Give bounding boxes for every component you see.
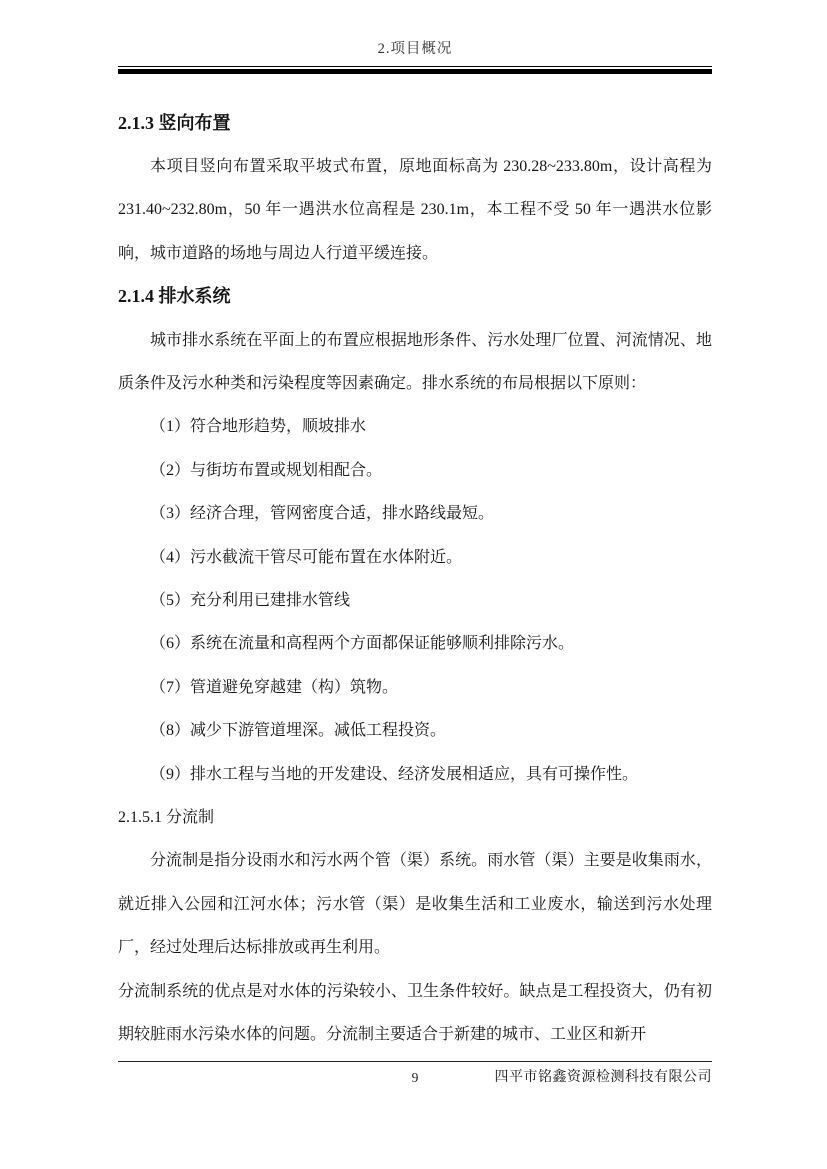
list-item: （5）充分利用已建排水管线 (118, 579, 712, 622)
footer-row: 9 四平市铭鑫资源检测科技有限公司 (118, 1067, 712, 1089)
list-item: （4）污水截流干管尽可能布置在水体附近。 (118, 536, 712, 579)
page-header: 2.项目概况 (118, 40, 712, 74)
header-rule-thick (118, 69, 712, 74)
header-rule-thin (118, 66, 712, 67)
section-heading: 2.1.4 排水系统 (118, 275, 712, 318)
page-footer: 9 四平市铭鑫资源检测科技有限公司 (118, 1061, 712, 1089)
section-heading: 2.1.3 竖向布置 (118, 102, 712, 145)
list-item: （6）系统在流量和高程两个方面都保证能够顺利排除污水。 (118, 622, 712, 665)
list-item: （9）排水工程与当地的开发建设、经济发展相适应，具有可操作性。 (118, 753, 712, 796)
document-body: 2.1.3 竖向布置本项目竖向布置采取平坡式布置，原地面标高为 230.28~2… (118, 102, 712, 1057)
body-paragraph: 城市排水系统在平面上的布置应根据地形条件、污水处理厂位置、河流情况、地质条件及污… (118, 319, 712, 406)
footer-company-name: 四平市铭鑫资源检测科技有限公司 (495, 1067, 713, 1089)
body-paragraph: 本项目竖向布置采取平坡式布置，原地面标高为 230.28~233.80m，设计高… (118, 145, 712, 275)
list-item: （3）经济合理，管网密度合适，排水路线最短。 (118, 492, 712, 535)
document-page: 2.项目概况 2.1.3 竖向布置本项目竖向布置采取平坡式布置，原地面标高为 2… (0, 0, 827, 1169)
body-paragraph: 分流制是指分设雨水和污水两个管（渠）系统。雨水管（渠）主要是收集雨水，就近排入公… (118, 839, 712, 969)
subsection-heading: 2.1.5.1 分流制 (118, 796, 712, 839)
body-paragraph: 分流制系统的优点是对水体的污染较小、卫生条件较好。缺点是工程投资大，仍有初期较脏… (118, 970, 712, 1057)
list-item: （8）减少下游管道埋深。减低工程投资。 (118, 709, 712, 752)
list-item: （2）与街坊布置或规划相配合。 (118, 449, 712, 492)
list-item: （1）符合地形趋势，顺坡排水 (118, 405, 712, 448)
header-title: 2.项目概况 (118, 40, 712, 58)
list-item: （7）管道避免穿越建（构）筑物。 (118, 666, 712, 709)
